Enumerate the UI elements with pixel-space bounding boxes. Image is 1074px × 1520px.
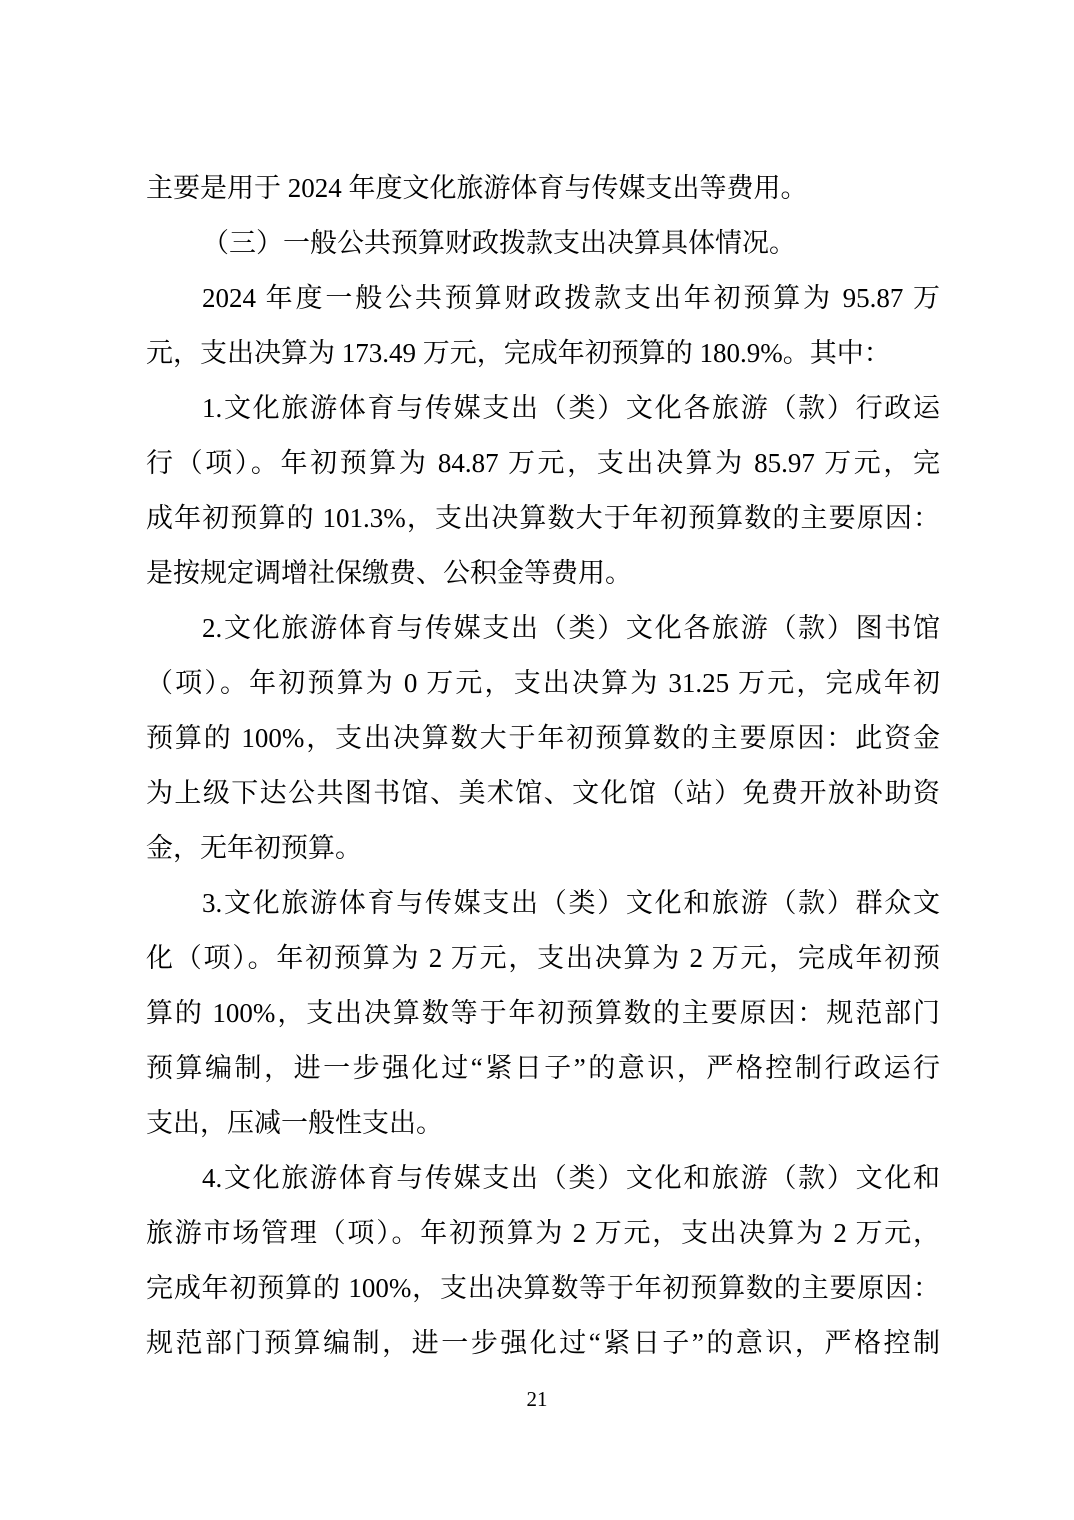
page-content: 主要是用于 2024 年度文化旅游体育与传媒支出等费用。 （三）一般公共预算财政… <box>146 161 940 1371</box>
text-line: 3.文化旅游体育与传媒支出（类）文化和旅游（款）群众文 <box>146 876 940 931</box>
text-line: 4.文化旅游体育与传媒支出（类）文化和旅游（款）文化和 <box>146 1151 940 1206</box>
text-line: 1.文化旅游体育与传媒支出（类）文化各旅游（款）行政运 <box>146 381 940 436</box>
text-line: 支出，压减一般性支出。 <box>146 1096 940 1151</box>
text-line: 旅游市场管理（项）。年初预算为 2 万元，支出决算为 2 万元， <box>146 1206 940 1261</box>
page-number: 21 <box>0 1386 1074 1412</box>
text-line: 规范部门预算编制，进一步强化过“紧日子”的意识，严格控制 <box>146 1316 940 1371</box>
text-line: 2024 年度一般公共预算财政拨款支出年初预算为 95.87 万 <box>146 271 940 326</box>
text-line: 主要是用于 2024 年度文化旅游体育与传媒支出等费用。 <box>146 161 940 216</box>
text-line: 2.文化旅游体育与传媒支出（类）文化各旅游（款）图书馆 <box>146 601 940 656</box>
text-line: 行（项）。年初预算为 84.87 万元，支出决算为 85.97 万元，完 <box>146 436 940 491</box>
text-line: 元，支出决算为 173.49 万元，完成年初预算的 180.9%。其中： <box>146 326 940 381</box>
text-line: （项）。年初预算为 0 万元，支出决算为 31.25 万元，完成年初 <box>146 656 940 711</box>
text-line: 预算的 100%，支出决算数大于年初预算数的主要原因：此资金 <box>146 711 940 766</box>
text-line: 预算编制，进一步强化过“紧日子”的意识，严格控制行政运行 <box>146 1041 940 1096</box>
text-line: 算的 100%，支出决算数等于年初预算数的主要原因：规范部门 <box>146 986 940 1041</box>
document-page: 主要是用于 2024 年度文化旅游体育与传媒支出等费用。 （三）一般公共预算财政… <box>0 0 1074 1520</box>
text-line: 金，无年初预算。 <box>146 821 940 876</box>
text-line: 为上级下达公共图书馆、美术馆、文化馆（站）免费开放补助资 <box>146 766 940 821</box>
text-line: 完成年初预算的 100%，支出决算数等于年初预算数的主要原因： <box>146 1261 940 1316</box>
text-line: 是按规定调增社保缴费、公积金等费用。 <box>146 546 940 601</box>
text-line: （三）一般公共预算财政拨款支出决算具体情况。 <box>146 216 940 271</box>
text-line: 化（项）。年初预算为 2 万元，支出决算为 2 万元，完成年初预 <box>146 931 940 986</box>
text-line: 成年初预算的 101.3%，支出决算数大于年初预算数的主要原因： <box>146 491 940 546</box>
